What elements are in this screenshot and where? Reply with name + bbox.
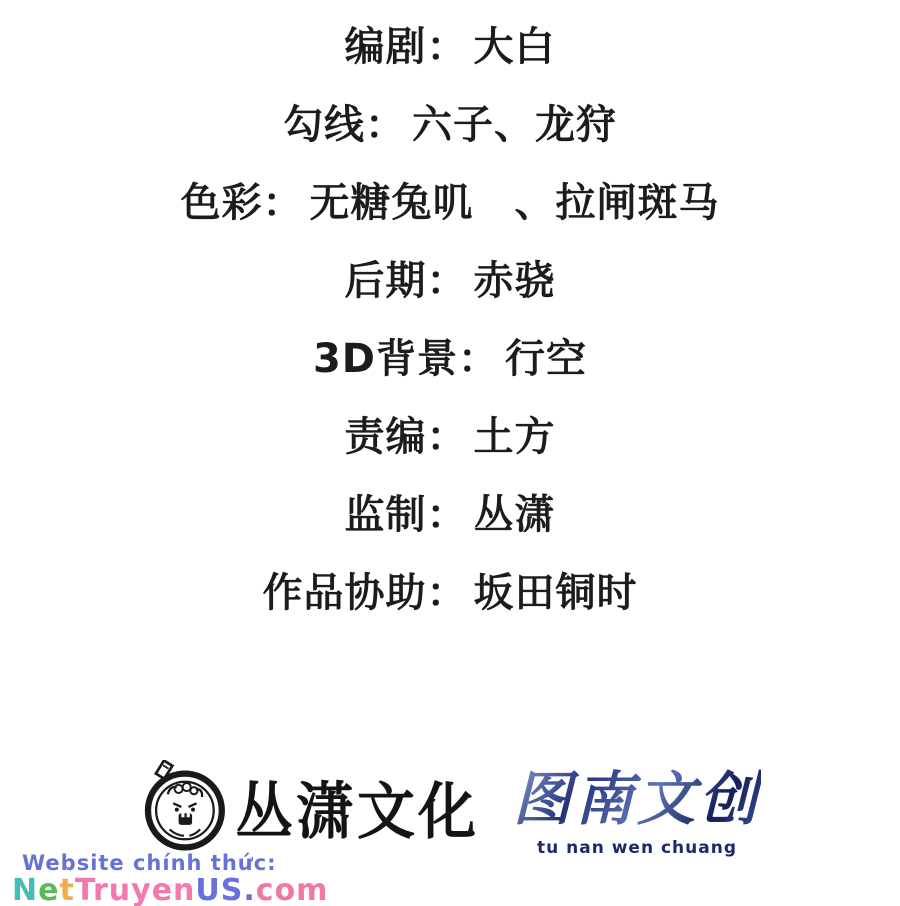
credit-value: 坂田铜时 xyxy=(474,570,638,616)
watermark-site-segment: t xyxy=(59,873,74,906)
credits-page: 编剧：大白 勾线：六子、龙狩 色彩：无糖兔叽 、拉闸斑马 后期：赤骁 3D背景：… xyxy=(0,0,900,906)
credit-value: 丛潇 xyxy=(474,492,556,538)
credit-value: 赤骁 xyxy=(474,258,556,304)
credit-label: 编剧 xyxy=(345,24,427,70)
congxiao-logo-text: 丛潇文化 xyxy=(235,762,479,850)
credit-label: 勾线 xyxy=(283,102,365,148)
credits-list: 编剧：大白 勾线：六子、龙狩 色彩：无糖兔叽 、拉闸斑马 后期：赤骁 3D背景：… xyxy=(0,8,900,632)
tunan-wenchuang-logo: 图南文创 tu nan wen chuang xyxy=(513,752,761,858)
credit-label: 监制 xyxy=(345,492,427,538)
credit-separator: ： xyxy=(427,570,474,616)
watermark-site-segment: Truyen xyxy=(75,873,196,906)
credit-separator: ： xyxy=(427,492,474,538)
tunan-logo-subtitle: tu nan wen chuang xyxy=(537,838,737,858)
credit-label: 作品协助 xyxy=(263,570,427,616)
watermark-site-name: NetTruyenUS.com xyxy=(12,875,328,906)
credit-line-assistance: 作品协助：坂田铜时 xyxy=(0,554,900,632)
watermark-site-segment: N xyxy=(12,873,38,906)
credit-separator: ： xyxy=(427,24,474,70)
watermark-label: Website chính thức: xyxy=(12,852,328,874)
credit-line-coloring: 色彩：无糖兔叽 、拉闸斑马 xyxy=(0,164,900,242)
watermark-site-segment: . xyxy=(243,873,255,906)
credit-separator: ： xyxy=(365,102,412,148)
credit-line-screenwriter: 编剧：大白 xyxy=(0,8,900,86)
credit-separator: ： xyxy=(427,258,474,304)
congxiao-culture-logo: 丛潇文化 xyxy=(139,760,479,852)
credit-value: 行空 xyxy=(505,336,587,382)
watermark-site-segment: US xyxy=(195,873,243,906)
credit-line-post-production: 后期：赤骁 xyxy=(0,242,900,320)
credit-line-line-art: 勾线：六子、龙狩 xyxy=(0,86,900,164)
site-watermark: Website chính thức: NetTruyenUS.com xyxy=(12,852,328,906)
credit-value: 六子、龙狩 xyxy=(412,102,617,148)
credit-label: 色彩 xyxy=(181,180,263,226)
credit-line-editor: 责编：土方 xyxy=(0,398,900,476)
credit-value: 土方 xyxy=(474,414,556,460)
credit-separator: ： xyxy=(263,180,310,226)
credit-line-3d-background: 3D背景：行空 xyxy=(0,320,900,398)
credit-separator: ： xyxy=(458,336,505,382)
watermark-site-segment: e xyxy=(38,873,59,906)
credit-label: 后期 xyxy=(345,258,427,304)
credit-label: 责编 xyxy=(345,414,427,460)
credit-value: 无糖兔叽 、拉闸斑马 xyxy=(310,180,720,226)
tunan-logo-text: 图南文创 xyxy=(513,752,761,836)
credit-label: 3D背景 xyxy=(313,336,458,382)
cat-mascot-badge-icon xyxy=(139,760,229,852)
credit-separator: ： xyxy=(427,414,474,460)
credit-value: 大白 xyxy=(474,24,556,70)
publisher-logos-row: 丛潇文化 图南文创 tu nan wen chuang xyxy=(0,750,900,858)
watermark-site-segment: com xyxy=(256,873,329,906)
credit-line-supervisor: 监制：丛潇 xyxy=(0,476,900,554)
